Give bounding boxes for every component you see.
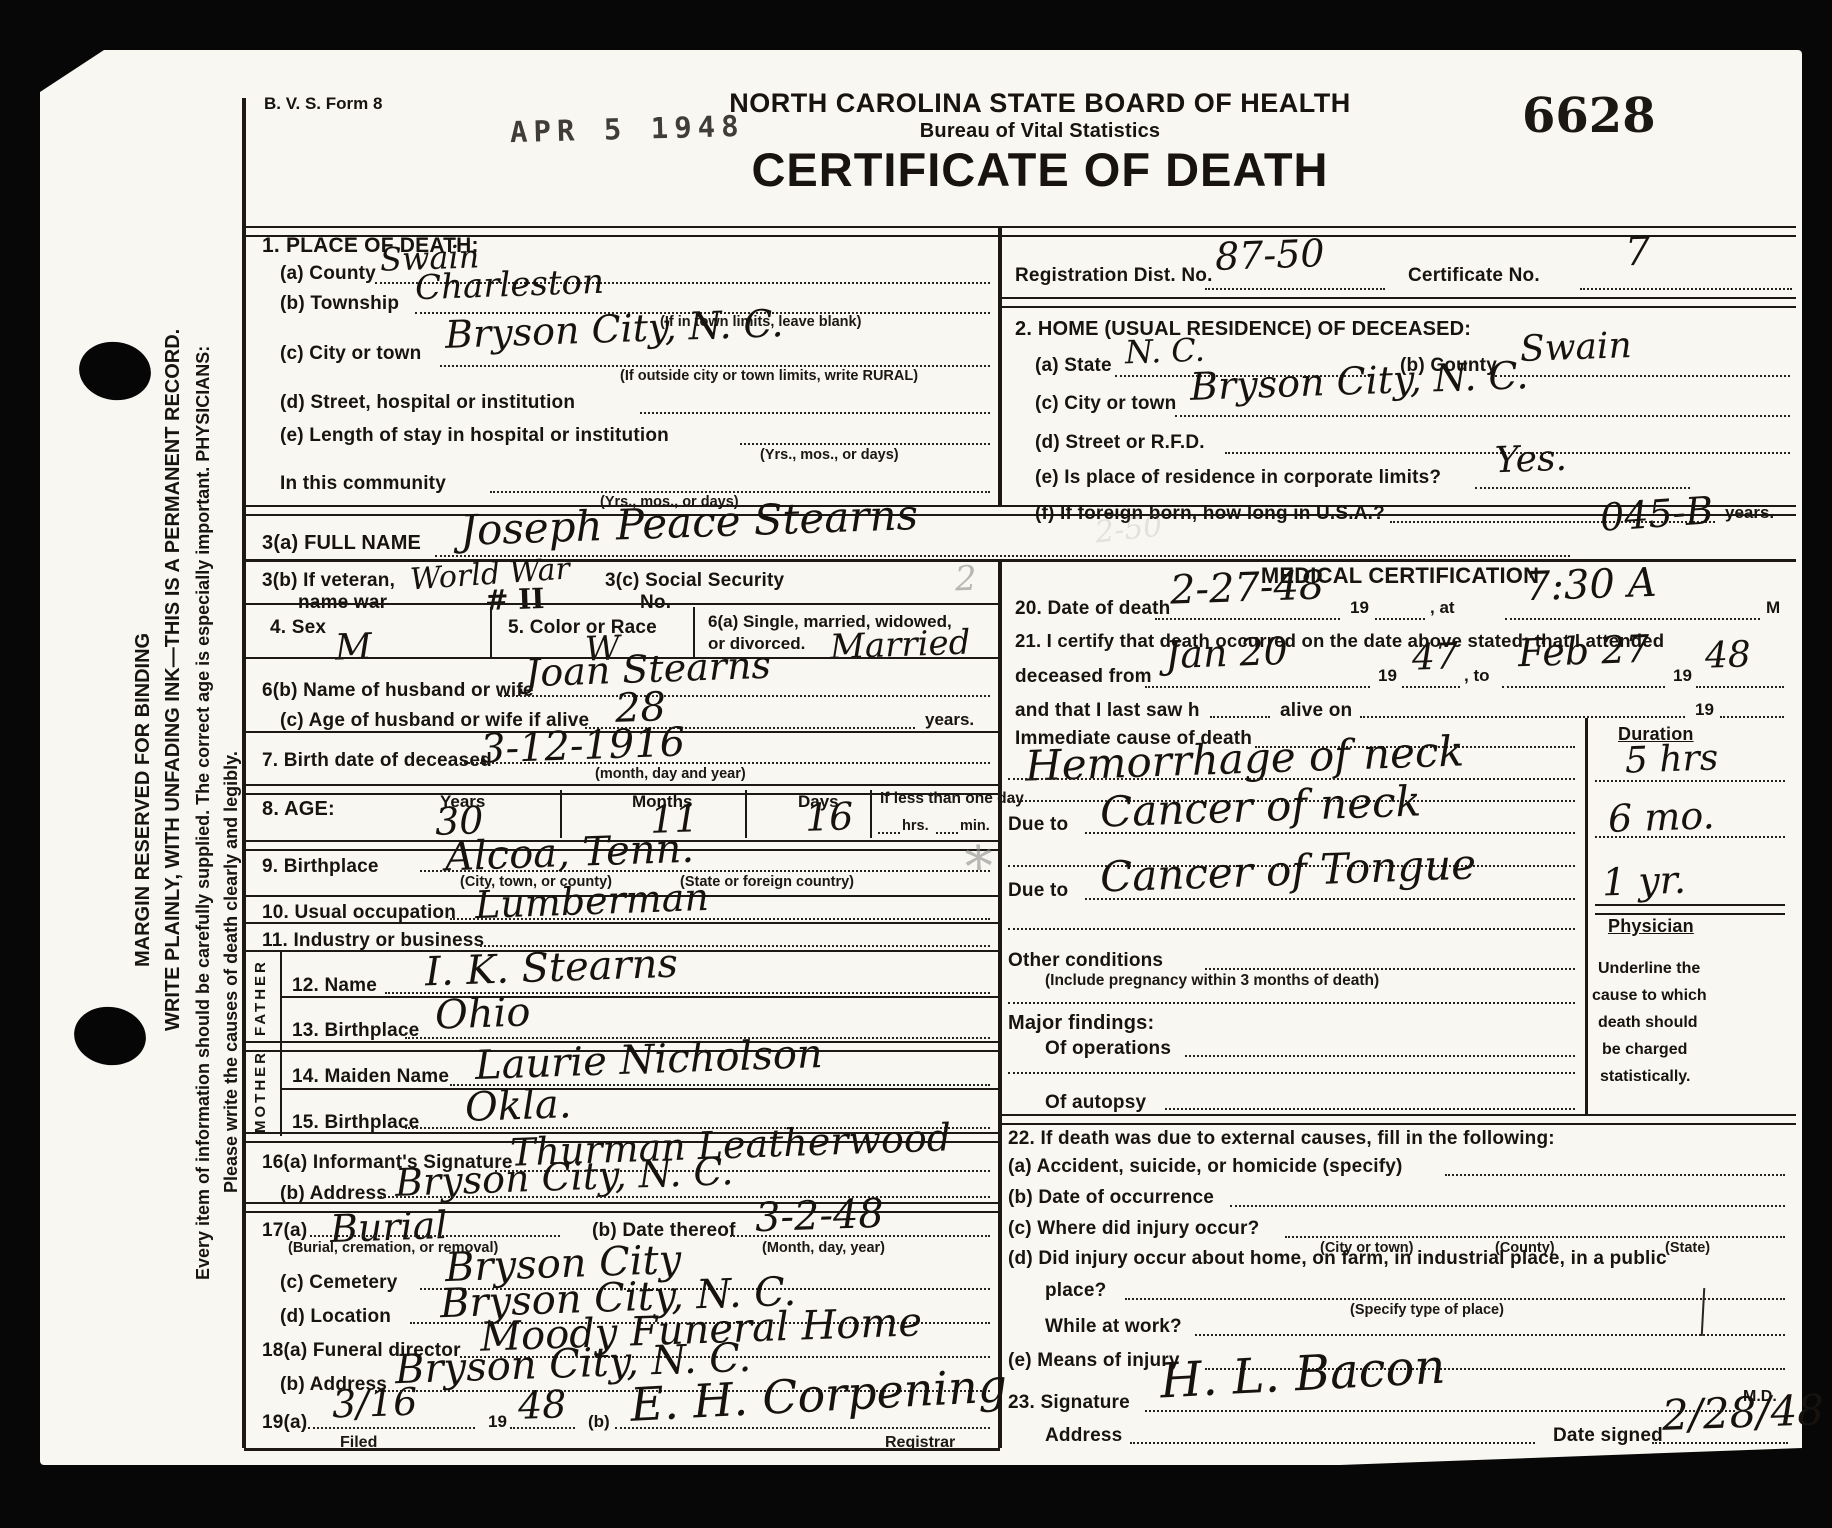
due-to-value-1: Cancer of neck [1099,780,1421,833]
fill-line [1008,1002,1575,1004]
home-foreign-suffix: years. [1725,503,1774,523]
ssn-label-1: 3(c) Social Security [605,570,784,592]
fill-line [1145,1410,1735,1412]
fill-line [1495,375,1790,377]
fill-line [1008,928,1575,930]
bottom-rule [244,1448,1000,1451]
home-state-label: (a) State [1035,355,1112,377]
bottom-edge-slant [1340,1448,1802,1465]
filed-b-label: (b) [588,1412,610,1432]
birth-date-note: (month, day and year) [595,766,746,782]
mother-maiden-label: 14. Maiden Name [292,1066,449,1088]
father-birthplace-value: Ohio [434,992,531,1035]
age-min-label: min. [960,818,990,834]
fill-line [380,1196,990,1198]
fill-line [1720,716,1784,718]
attended-to-value: Feb 27 [1517,630,1650,673]
fill-line [1175,415,1790,417]
fill-line [615,1427,990,1429]
birth-date-label: 7. Birth date of deceased [262,750,492,772]
fill-line [1580,288,1792,290]
fill-line [730,1235,990,1237]
veteran-war-value-2: # II [485,585,545,615]
mother-maiden-value: Laurie Nicholson [474,1034,823,1086]
fill-line [310,1235,560,1237]
home-city-value: Bryson City, N. C. [1189,356,1528,406]
fill-line [1085,832,1575,834]
city-label: (c) City or town [280,343,421,365]
fill-line [1652,1442,1788,1444]
home-county-value: Swain [1519,328,1632,368]
stray-pen-mark [1701,1288,1706,1336]
major-findings-label: Major findings: [1008,1012,1154,1035]
external-b-label: (b) Date of occurrence [1008,1187,1214,1209]
home-corporate-label: (e) Is place of residence in corporate l… [1035,467,1441,489]
pencil-asterisk: * [964,840,994,897]
physician-note-line-2: cause to which [1592,987,1707,1005]
last-saw-label: and that I last saw h [1015,700,1200,722]
spouse-age-suffix: years. [925,710,974,730]
bureau-subtitle: Bureau of Vital Statistics [640,120,1440,143]
fill-line [1502,686,1665,688]
fill-line [1360,716,1685,718]
physician-note-line-4: be charged [1602,1041,1687,1059]
margin-legibly-note: Please write the causes of death clearly… [221,490,242,1455]
medical-bottom-rule [1002,1114,1796,1125]
physician-side-label: Physician [1608,916,1694,937]
fill-line [435,555,1570,557]
attended-from-label: deceased from [1015,666,1152,688]
external-d-note: (Specify type of place) [1350,1302,1504,1318]
age-hrs-label: hrs. [902,818,929,834]
age-less-label: If less than one day [880,790,1024,808]
saw-year-printed: 19 [1695,700,1714,720]
disposal-label: 17(a) [262,1220,307,1242]
external-heading: 22. If death was due to external causes,… [1008,1128,1555,1150]
fill-line [936,832,958,834]
physician-note-line-5: statistically. [1600,1068,1690,1086]
date-of-death-label: 20. Date of death [1015,598,1170,620]
time-of-death-value: 7:30 A [1524,563,1657,608]
filed-year-value: 48 [517,1385,567,1425]
fill-line [1285,1236,1785,1238]
fill-line [308,1427,475,1429]
fill-line [640,412,990,414]
sex-value: M [334,629,372,666]
fill-line [510,1427,575,1429]
other-conditions-note: (Include pregnancy within 3 months of de… [1045,972,1379,990]
cause-duration-value: 5 hrs [1624,740,1718,779]
father-birthplace-label: 13. Birthplace [292,1020,419,1042]
row-rule [280,996,1000,998]
fill-line [1210,716,1270,718]
filed-date-value: 3/16 [331,1383,418,1424]
registration-dist-value: 87-50 [1214,234,1325,276]
fill-line [878,832,900,834]
fill-line [1125,1298,1785,1300]
mother-group-label: MOTHER [252,1048,269,1136]
external-a-label: (a) Accident, suicide, or homicide (spec… [1008,1156,1403,1178]
age-days-value: 16 [804,797,854,837]
fill-line [460,762,990,764]
external-c-label: (c) Where did injury occur? [1008,1218,1259,1240]
to-label: , to [1464,666,1490,686]
margin-write-plainly-note: WRITE PLAINLY, WITH UNFADING INK—THIS IS… [162,200,185,1160]
panel-divider-lower [998,562,1002,1448]
due2-duration-value: 1 yr. [1601,861,1686,902]
external-d2-label: place? [1045,1280,1106,1302]
row-rule [244,922,1000,924]
dod-at-label: , at [1430,598,1455,618]
community-label: In this community [280,473,446,495]
due1-duration-value: 6 mo. [1607,796,1715,838]
filed-year-printed: 19 [488,1412,507,1432]
punch-hole-top [75,337,154,404]
margin-physicians-note: Every item of information should be care… [193,170,214,1455]
column-divider [490,607,492,657]
external-c-note-3: (State) [1665,1240,1710,1256]
filed-label: 19(a) [262,1412,307,1434]
father-group-label: FATHER [252,952,269,1044]
scanned-death-certificate: { "colors": {"paper": "#f8f7f2", "ink": … [0,0,1832,1528]
home-state-value: N. C. [1124,334,1205,369]
city-note: (If outside city or town limits, write R… [620,368,918,384]
date-signed-label: Date signed [1553,1425,1663,1447]
of-autopsy-label: Of autopsy [1045,1092,1146,1114]
physician-signature-label: 23. Signature [1008,1392,1130,1414]
fill-line [440,365,990,367]
fill-line [450,918,990,920]
fill-line [1595,836,1785,838]
home-corporate-value: Yes. [1494,441,1567,479]
certificate-no-value: 7 [1624,232,1651,273]
county-label: (a) County [280,263,376,285]
pencil-note: 2-50 [1094,512,1164,549]
fill-line [1008,1072,1575,1074]
due-to-value-2: Cancer of Tongue [1099,843,1476,898]
fill-line [1230,1205,1785,1207]
to-year-printed: 19 [1673,666,1692,686]
full-name-value: Joseph Peace Stearns [459,494,918,552]
of-operations-label: Of operations [1045,1038,1171,1060]
stay-label: (e) Length of stay in hospital or instit… [280,425,669,447]
to-year-value: 48 [1704,637,1751,675]
file-code-value: 045-B [1599,491,1715,537]
township-value: Charleston [414,265,604,306]
age-label: 8. AGE: [262,798,335,821]
fill-line [1008,778,1575,780]
fill-line [1185,1055,1575,1057]
certificate-title: CERTIFICATE OF DEATH [640,142,1440,197]
fill-line [1130,1442,1535,1444]
home-city-label: (c) City or town [1035,393,1176,415]
date-of-death-value: 2-27-48 [1169,565,1325,610]
duration-rule-double [1595,904,1785,915]
margin-binding-note: MARGIN RESERVED FOR BINDING [132,400,155,1200]
full-name-label: 3(a) FULL NAME [262,532,421,555]
fill-line [1205,288,1385,290]
home-street-label: (d) Street or R.F.D. [1035,432,1205,454]
left-border-rule [242,98,246,1448]
dod-year-printed: 19 [1350,598,1369,618]
location-label: (d) Location [280,1306,391,1328]
city-value: Bryson City, N. C. [444,304,783,354]
fill-line [1595,780,1785,782]
serial-number: 6628 [1522,88,1656,144]
date-signed-value: 2/28/48 [1661,1389,1824,1437]
occupation-label: 10. Usual occupation [262,902,456,924]
mother-birthplace-value: Okla. [464,1084,572,1128]
board-title: NORTH CAROLINA STATE BOARD OF HEALTH [640,88,1440,119]
column-divider [870,790,872,838]
physician-note-line-3: death should [1598,1014,1698,1032]
alive-on-label: alive on [1280,700,1352,722]
means-of-injury-label: (e) Means of injury [1008,1350,1180,1372]
cemetery-label: (c) Cemetery [280,1272,398,1294]
race-label: 5. Color or Race [508,617,657,639]
form-number: B. V. S. Form 8 [264,94,382,114]
fill-line [500,695,990,697]
fill-line [1085,898,1575,900]
father-name-label: 12. Name [292,975,377,997]
row-rule [280,1088,1000,1090]
external-d-label: (d) Did injury occur about home, on farm… [1008,1248,1667,1270]
dod-m-label: M [1766,598,1780,618]
from-year-printed: 19 [1378,666,1397,686]
veteran-label-1: 3(b) If veteran, [262,570,395,592]
column-divider [745,790,747,838]
panel-divider-upper [998,226,1002,505]
registration-dist-label: Registration Dist. No. [1015,265,1213,287]
signature-address-label: Address [1045,1425,1122,1447]
home-foreign-label: (f) If foreign born, how long in U.S.A.? [1035,503,1385,525]
informant-address-value: Bryson City, N. C. [394,1152,733,1202]
row-rule [244,603,1000,605]
fill-line [1505,618,1760,620]
pencil-mark-2: 2 [954,562,977,597]
other-conditions-label: Other conditions [1008,950,1163,972]
torn-corner [40,50,104,92]
township-label: (b) Township [280,293,399,315]
fill-line [1145,686,1370,688]
fill-line [1155,618,1340,620]
duration-column-divider [1585,718,1588,1114]
disposal-date-note: (Month, day, year) [762,1240,885,1256]
birthplace-label: 9. Birthplace [262,856,379,878]
fill-line [1205,968,1575,970]
fill-line [1375,618,1425,620]
fill-line [1402,686,1460,688]
due-to-label-2: Due to [1008,880,1068,902]
home-heading: 2. HOME (USUAL RESIDENCE) OF DECEASED: [1015,318,1471,341]
stay-note: (Yrs., mos., or days) [760,447,899,463]
sex-label: 4. Sex [270,617,326,639]
fill-line [1445,1174,1785,1176]
fill-line [1475,487,1690,489]
physician-signature-value: H. L. Bacon [1159,1343,1446,1406]
while-at-work-label: While at work? [1045,1316,1182,1338]
certificate-paper: MARGIN RESERVED FOR BINDING WRITE PLAINL… [40,50,1802,1465]
attended-from-value: Jan 20 [1164,632,1288,674]
fill-line [1165,1108,1575,1110]
disposal-date-value: 3-2-48 [754,1194,884,1238]
father-name-value: I. K. Stearns [424,944,678,993]
from-year-value: 47 [1411,639,1458,677]
fill-line [420,870,990,872]
fill-line [740,443,990,445]
spouse-label: 6(b) Name of husband or wife [262,680,534,702]
fill-line [1696,686,1784,688]
physician-note-line-1: Underline the [1598,960,1700,978]
street-label: (d) Street, hospital or institution [280,392,575,414]
fill-line [1195,1334,1785,1336]
registration-bottom-rule [1002,297,1796,308]
certificate-no-label: Certificate No. [1408,265,1540,287]
mother-birthplace-label: 15. Birthplace [292,1112,419,1134]
due-to-label-1: Due to [1008,814,1068,836]
